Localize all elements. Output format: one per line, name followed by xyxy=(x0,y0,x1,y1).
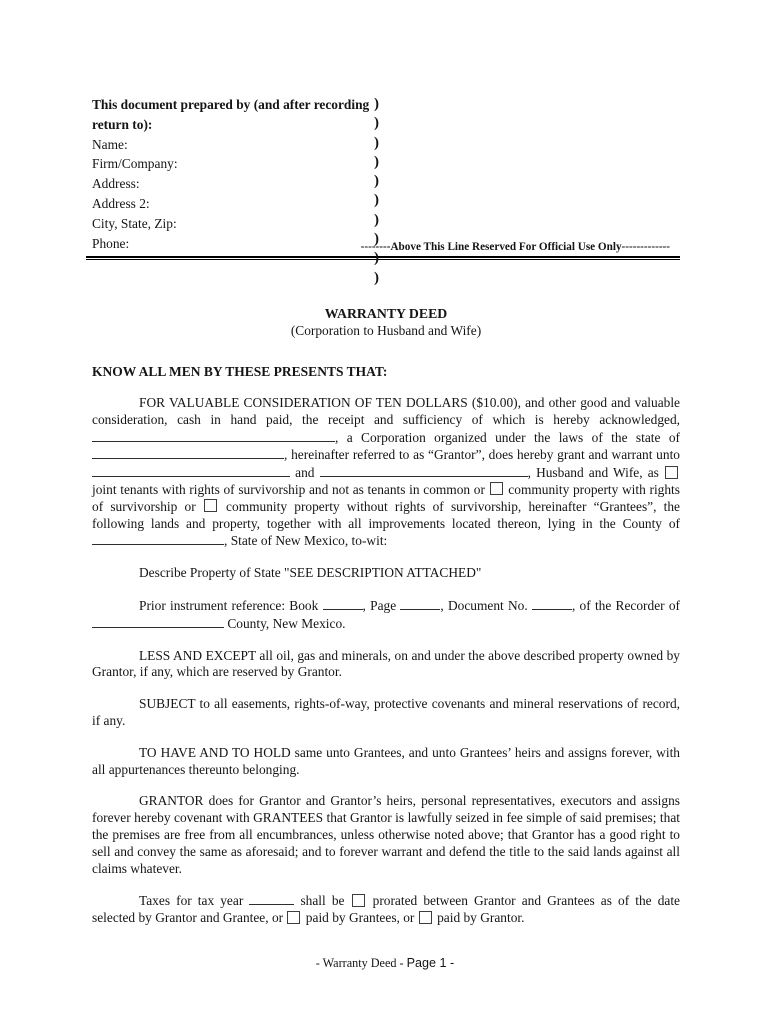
paragraph-grantor-covenant: GRANTOR does for Grantor and Grantor’s h… xyxy=(92,793,680,877)
paren-glyph: ) xyxy=(374,134,379,153)
paren-column: )))))))))) xyxy=(374,95,379,288)
paragraph-less-and-except: LESS AND EXCEPT all oil, gas and mineral… xyxy=(92,648,680,682)
above-line-note: --------Above This Line Reserved For Off… xyxy=(92,241,670,254)
paren-glyph: ) xyxy=(374,172,379,191)
preparer-heading-line: return to): xyxy=(92,115,680,135)
fill-in-blank[interactable] xyxy=(320,464,528,477)
paren-glyph: ) xyxy=(374,114,379,133)
fill-in-blank[interactable] xyxy=(92,446,284,459)
checkbox[interactable] xyxy=(204,499,217,512)
preparer-block: This document prepared by (and after rec… xyxy=(92,95,680,253)
fill-in-blank[interactable] xyxy=(92,429,335,442)
page-footer: - Warranty Deed - Page 1 - xyxy=(0,956,770,971)
paren-glyph: ) xyxy=(374,249,379,268)
preparer-field-label: Address: xyxy=(92,174,680,194)
document-body: FOR VALUABLE CONSIDERATION OF TEN DOLLAR… xyxy=(92,395,680,927)
paren-glyph: ) xyxy=(374,269,379,288)
opening-clause: KNOW ALL MEN BY THESE PRESENTS THAT: xyxy=(92,364,680,380)
fill-in-blank[interactable] xyxy=(92,464,290,477)
fill-in-blank[interactable] xyxy=(92,532,224,545)
fill-in-blank[interactable] xyxy=(249,892,294,905)
paragraph-prior-instrument: Prior instrument reference: Book , Page … xyxy=(92,597,680,633)
paragraph-describe-property: Describe Property of State "SEE DESCRIPT… xyxy=(92,565,680,582)
preparer-field-label: Name: xyxy=(92,135,680,155)
footer-doc-label: - Warranty Deed - xyxy=(316,956,407,970)
document-subtitle: (Corporation to Husband and Wife) xyxy=(92,322,680,339)
fill-in-blank[interactable] xyxy=(323,597,363,610)
paren-glyph: ) xyxy=(374,230,379,249)
preparer-heading-line: This document prepared by (and after rec… xyxy=(92,95,680,115)
paragraph-subject-to: SUBJECT to all easements, rights-of-way,… xyxy=(92,696,680,730)
checkbox[interactable] xyxy=(490,482,503,495)
fill-in-blank[interactable] xyxy=(532,597,572,610)
recording-header: This document prepared by (and after rec… xyxy=(92,95,680,293)
fill-in-blank[interactable] xyxy=(92,615,224,628)
title-block: WARRANTY DEED (Corporation to Husband an… xyxy=(92,305,680,339)
paren-glyph: ) xyxy=(374,153,379,172)
preparer-field-label: Firm/Company: xyxy=(92,154,680,174)
document-page: This document prepared by (and after rec… xyxy=(0,0,770,1024)
preparer-field-label: City, State, Zip: xyxy=(92,214,680,234)
divider-rule-thick xyxy=(86,256,680,258)
checkbox[interactable] xyxy=(665,466,678,479)
paragraph-taxes: Taxes for tax year shall be prorated bet… xyxy=(92,892,680,927)
paren-glyph: ) xyxy=(374,191,379,210)
checkbox[interactable] xyxy=(352,894,365,907)
fill-in-blank[interactable] xyxy=(400,597,440,610)
paragraph-to-have-and-hold: TO HAVE AND TO HOLD same unto Grantees, … xyxy=(92,745,680,779)
footer-page-label: Page 1 - xyxy=(407,956,455,970)
checkbox[interactable] xyxy=(287,911,300,924)
document-title: WARRANTY DEED xyxy=(92,305,680,322)
paren-glyph: ) xyxy=(374,211,379,230)
checkbox[interactable] xyxy=(419,911,432,924)
paren-glyph: ) xyxy=(374,95,379,114)
divider-rule-thin xyxy=(86,259,680,260)
paragraph-consideration: FOR VALUABLE CONSIDERATION OF TEN DOLLAR… xyxy=(92,395,680,550)
preparer-field-label: Address 2: xyxy=(92,194,680,214)
